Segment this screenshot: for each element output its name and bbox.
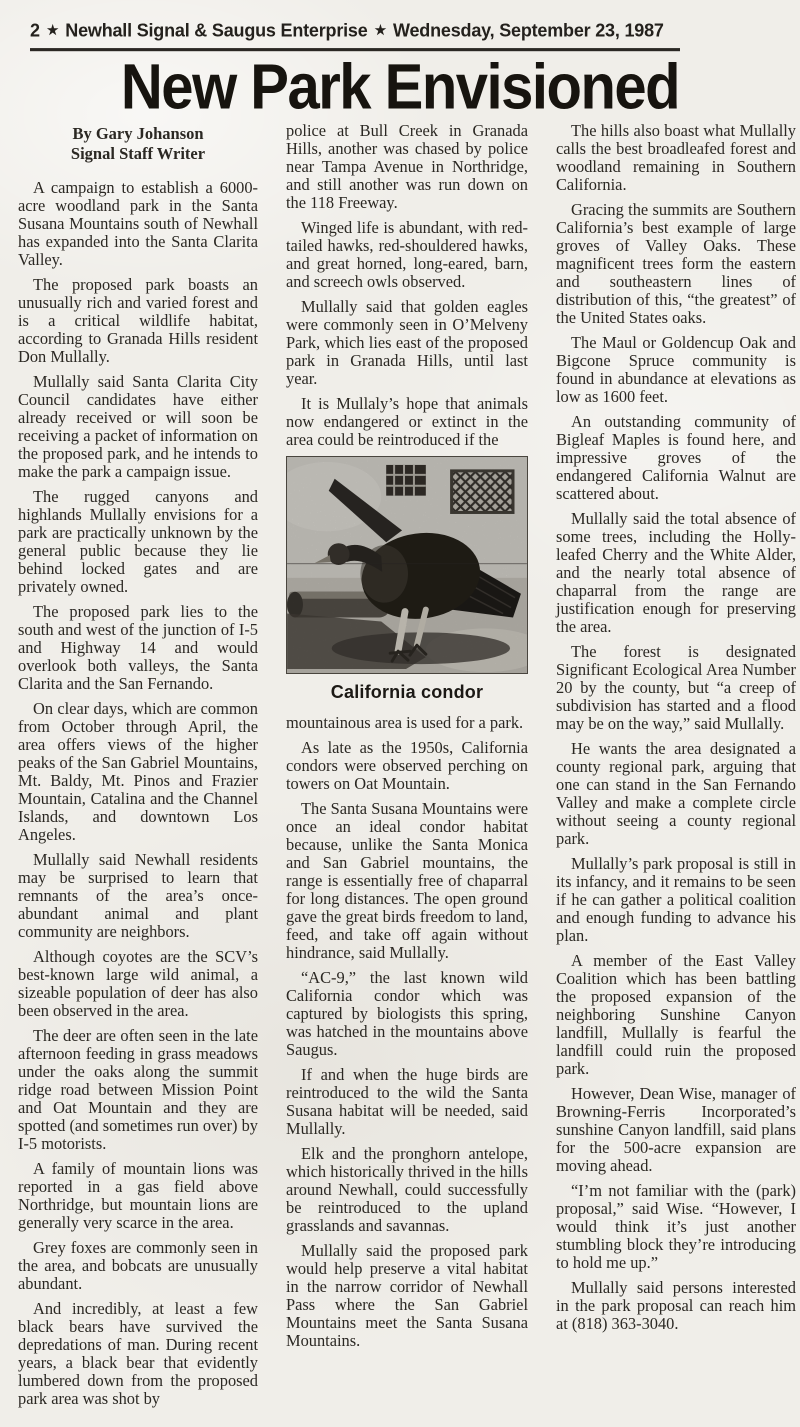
article-paragraph: Grey foxes are commonly seen in the area…	[18, 1239, 258, 1293]
star-icon: ★	[368, 22, 393, 38]
article-paragraph: Mullally said Newhall residents may be s…	[18, 851, 258, 941]
masthead-page-number: 2	[30, 20, 40, 41]
byline-author: By Gary Johanson	[18, 124, 258, 144]
article-paragraph: The forest is designated Significant Eco…	[556, 643, 796, 733]
article-paragraph: And incredibly, at least a few black bea…	[18, 1300, 258, 1408]
article-paragraph: Mullally said Santa Clarita City Council…	[18, 373, 258, 481]
article-paragraph: “AC-9,” the last known wild California c…	[286, 969, 528, 1059]
article-paragraph: A family of mountain lions was reported …	[18, 1160, 258, 1232]
article-paragraph: As late as the 1950s, California condors…	[286, 739, 528, 793]
byline: By Gary Johanson Signal Staff Writer	[18, 124, 258, 163]
article-paragraph: However, Dean Wise, manager of Browning-…	[556, 1085, 796, 1175]
column-2-top-paragraphs: police at Bull Creek in Granada Hills, a…	[286, 122, 528, 449]
article-paragraph: The hills also boast what Mullally calls…	[556, 122, 796, 194]
article-paragraph: Gracing the summits are Southern Califor…	[556, 201, 796, 327]
star-icon: ★	[40, 22, 65, 38]
california-condor-photo	[286, 456, 528, 674]
article-paragraph: The deer are often seen in the late afte…	[18, 1027, 258, 1153]
article-paragraph: If and when the huge birds are reintrodu…	[286, 1066, 528, 1138]
newspaper-page: 2★Newhall Signal & Saugus Enterprise★Wed…	[0, 0, 800, 1427]
article-paragraph: Mullally’s park proposal is still in its…	[556, 855, 796, 945]
masthead-newspaper-title: Newhall Signal & Saugus Enterprise	[65, 20, 367, 41]
article-paragraph: The Maul or Goldencup Oak and Bigcone Sp…	[556, 334, 796, 406]
article-paragraph: mountainous area is used for a park.	[286, 714, 528, 732]
byline-title: Signal Staff Writer	[18, 144, 258, 164]
article-paragraph: police at Bull Creek in Granada Hills, a…	[286, 122, 528, 212]
article-paragraph: Winged life is abundant, with red-tailed…	[286, 219, 528, 291]
article-paragraph: Mullally said persons interested in the …	[556, 1279, 796, 1333]
article-paragraph: Mullally said the total absence of some …	[556, 510, 796, 636]
article-paragraph: A campaign to establish a 6000-acre wood…	[18, 179, 258, 269]
photo-caption: California condor	[286, 683, 528, 701]
article-paragraph: Mullally said the proposed park would he…	[286, 1242, 528, 1350]
article-paragraph: He wants the area designated a county re…	[556, 740, 796, 848]
masthead: 2★Newhall Signal & Saugus Enterprise★Wed…	[30, 20, 680, 51]
article-paragraph: Although coyotes are the SCV’s best-know…	[18, 948, 258, 1020]
article-paragraph: A member of the East Valley Coalition wh…	[556, 952, 796, 1078]
masthead-date: Wednesday, September 23, 1987	[393, 20, 664, 41]
article-paragraph: The rugged canyons and highlands Mullall…	[18, 488, 258, 596]
column-2-bottom-paragraphs: mountainous area is used for a park.As l…	[286, 714, 528, 1350]
article-paragraph: An outstanding community of Bigleaf Mapl…	[556, 413, 796, 503]
article-paragraph: The proposed park lies to the south and …	[18, 603, 258, 693]
article-column-2: police at Bull Creek in Granada Hills, a…	[286, 122, 528, 1357]
article-column-1: By Gary Johanson Signal Staff Writer A c…	[18, 122, 258, 1415]
article-paragraph: The proposed park boasts an unusually ri…	[18, 276, 258, 366]
article-paragraph: Elk and the pronghorn antelope, which hi…	[286, 1145, 528, 1235]
article-paragraph: It is Mullaly’s hope that animals now en…	[286, 395, 528, 449]
article-paragraph: The Santa Susana Mountains were once an …	[286, 800, 528, 962]
column-1-paragraphs: A campaign to establish a 6000-acre wood…	[18, 179, 258, 1408]
article-headline: New Park Envisioned	[0, 50, 800, 124]
article-paragraph: Mullally said that golden eagles were co…	[286, 298, 528, 388]
column-3-paragraphs: The hills also boast what Mullally calls…	[556, 122, 796, 1333]
article-paragraph: “I’m not familiar with the (park) propos…	[556, 1182, 796, 1272]
condor-photo-figure: California condor	[286, 456, 528, 701]
article-column-3: The hills also boast what Mullally calls…	[556, 122, 796, 1340]
article-paragraph: On clear days, which are common from Oct…	[18, 700, 258, 844]
